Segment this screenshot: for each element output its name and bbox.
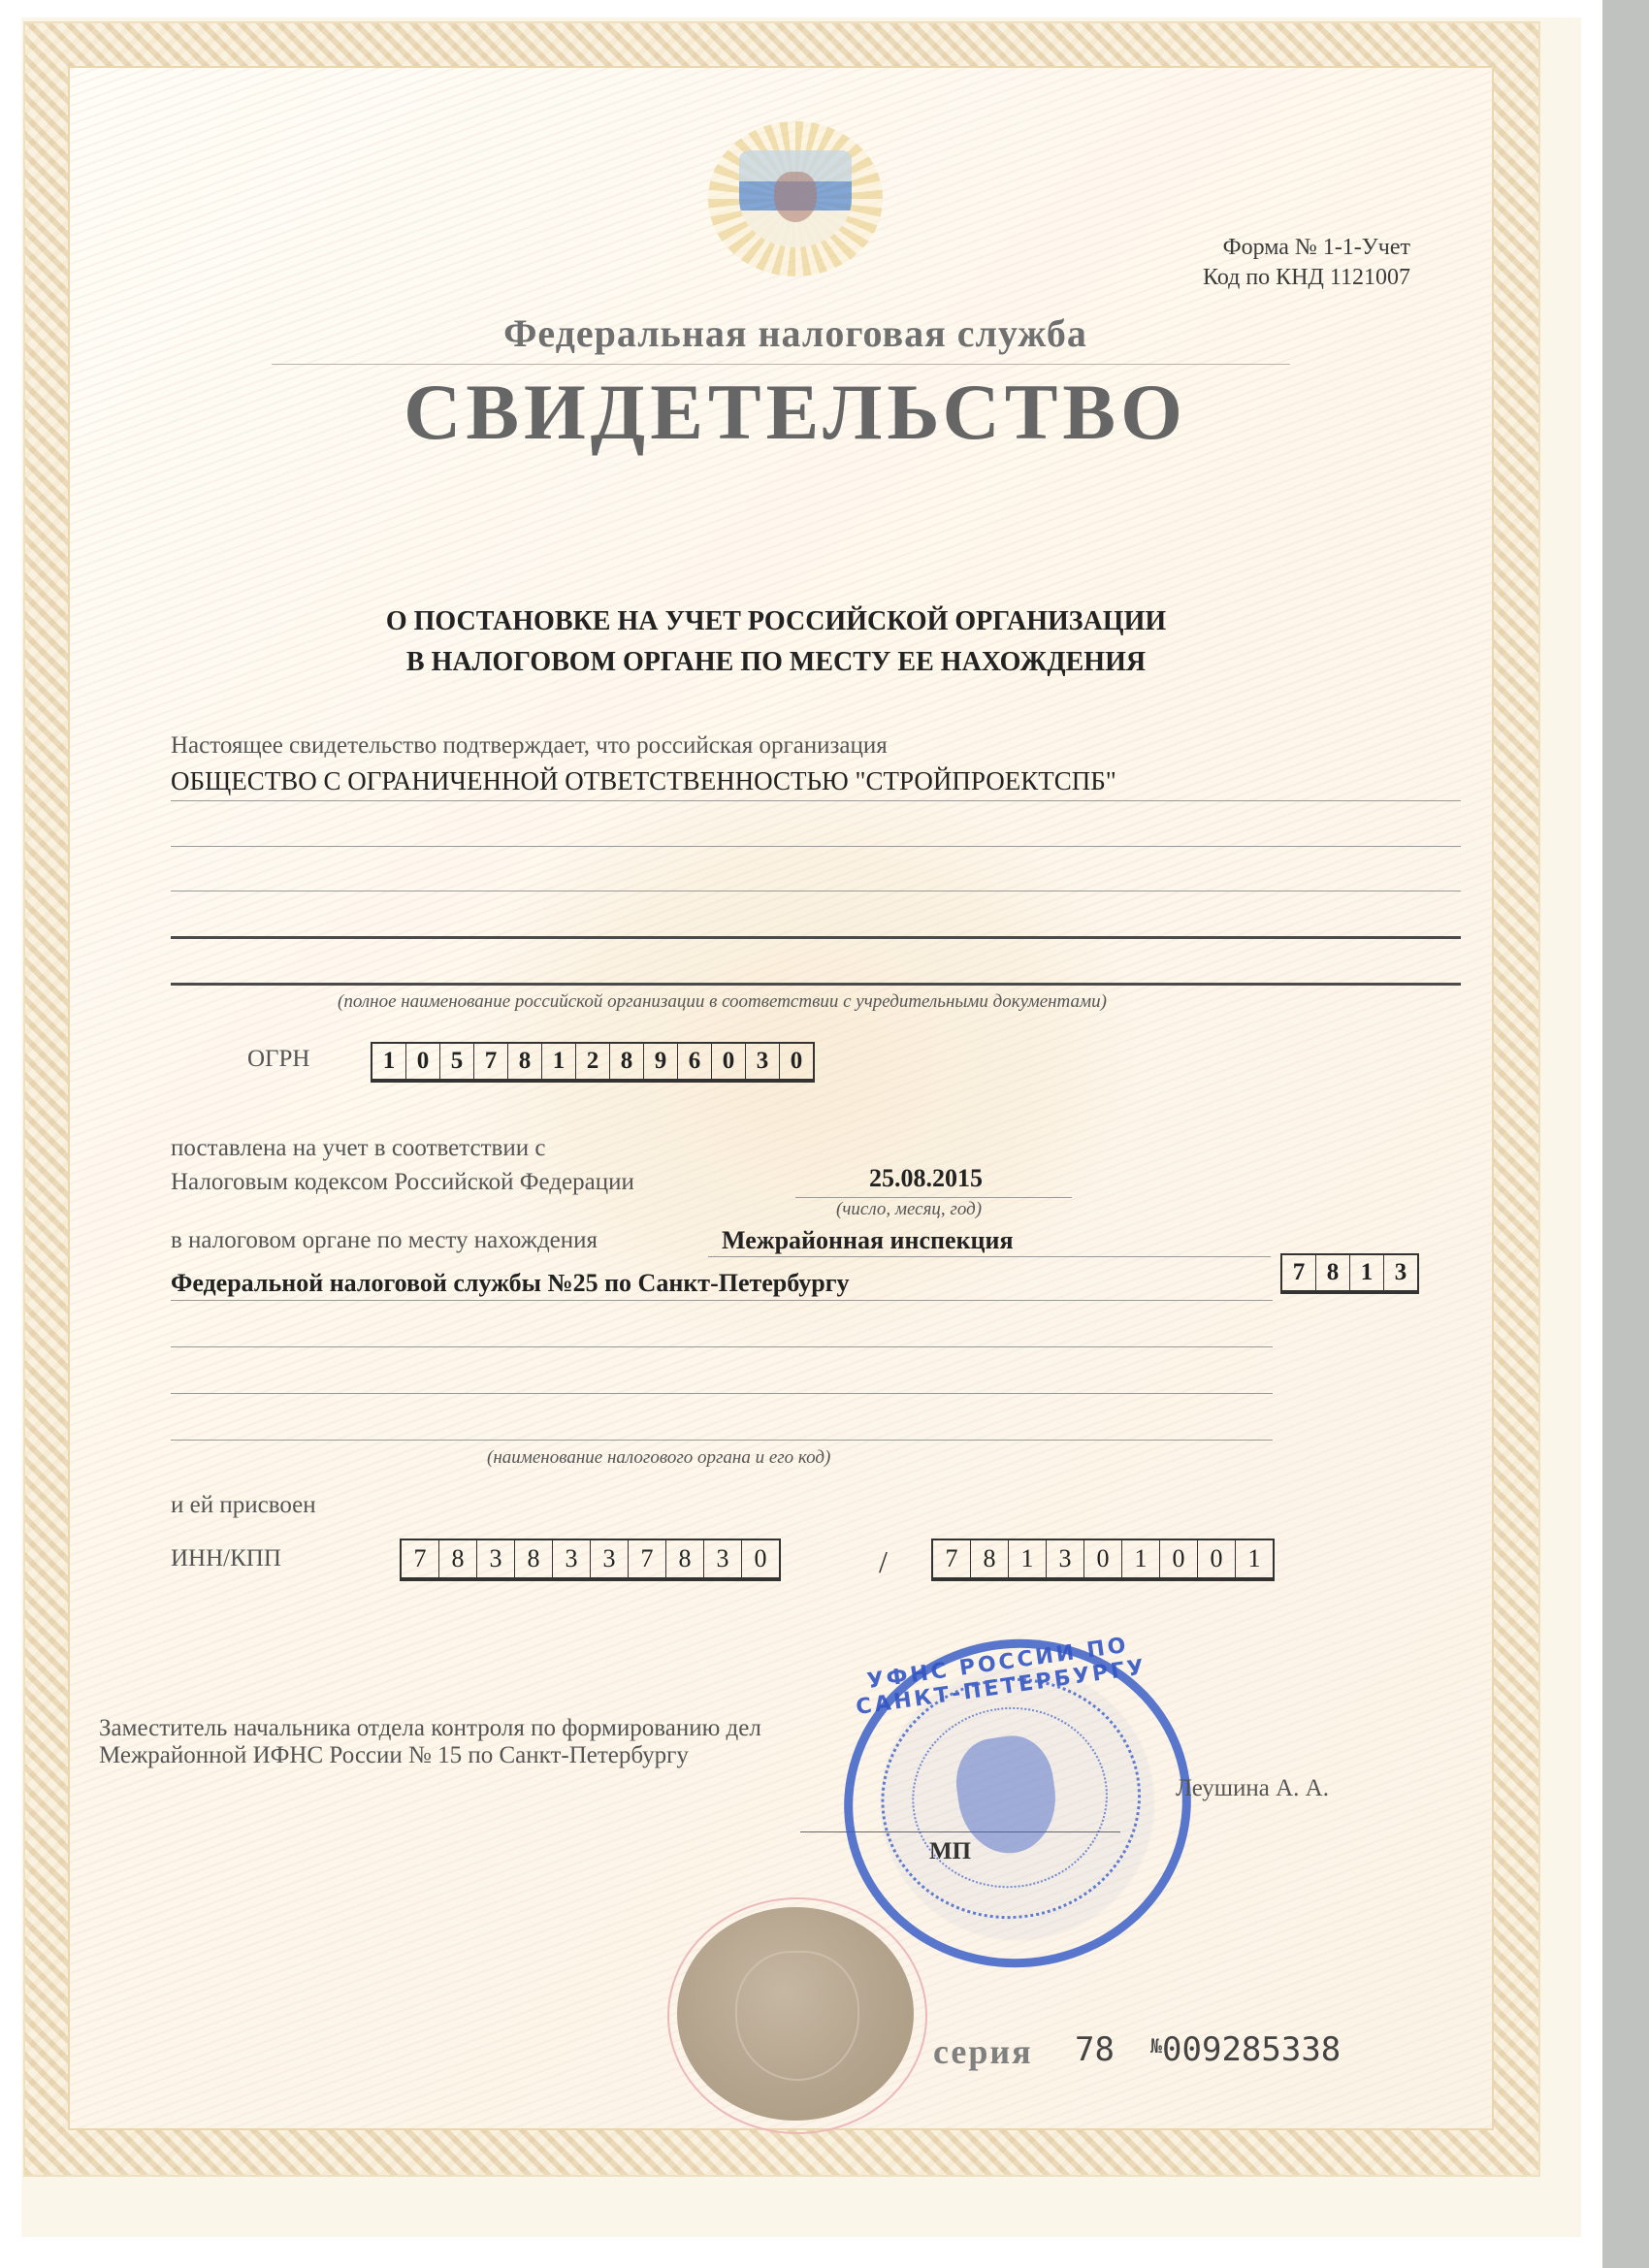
registration-line-1: поставлена на учет в соответствии с <box>171 1135 545 1162</box>
kpp-digit: 7 <box>933 1540 971 1577</box>
authority-code-digit: 3 <box>1384 1255 1417 1290</box>
kpp-digit: 3 <box>1047 1540 1084 1577</box>
authority-intro: в налоговом органе по месту нахождения <box>171 1227 598 1254</box>
ogrn-digit: 7 <box>474 1044 508 1079</box>
ogrn-digit: 5 <box>440 1044 474 1079</box>
ogrn-digit: 9 <box>644 1044 678 1079</box>
inn-digit: 7 <box>629 1540 666 1577</box>
form-meta: Форма № 1-1-Учет Код по КНД 1121007 <box>1203 233 1410 293</box>
embossed-eagle-icon <box>735 1951 859 2081</box>
inn-digit: 3 <box>704 1540 742 1577</box>
subtitle-line-1: О ПОСТАНОВКЕ НА УЧЕТ РОССИЙСКОЙ ОРГАНИЗА… <box>0 601 1552 642</box>
ogrn-digit-boxes: 1057812896030 <box>371 1042 815 1083</box>
authority-code-digit: 7 <box>1282 1255 1316 1290</box>
authority-line-2 <box>171 1300 1273 1301</box>
inn-digit: 8 <box>439 1540 477 1577</box>
authority-name-line-1: Межрайонная инспекция <box>722 1226 1014 1255</box>
inn-kpp-separator: / <box>879 1544 888 1580</box>
serial-number-value: 009285338 <box>1162 2030 1341 2069</box>
inn-digit: 3 <box>477 1540 515 1577</box>
ogrn-digit: 1 <box>372 1044 406 1079</box>
serial-number: №009285338 <box>1150 2030 1341 2069</box>
ogrn-digit: 6 <box>678 1044 712 1079</box>
authority-code-boxes: 7813 <box>1280 1253 1419 1294</box>
inn-digit: 3 <box>553 1540 591 1577</box>
authority-line-1 <box>708 1256 1271 1257</box>
org-line-2 <box>171 846 1461 847</box>
kpp-digit: 0 <box>1198 1540 1236 1577</box>
signer-position: Заместитель начальника отдела контроля п… <box>99 1715 797 1769</box>
authority-line-3 <box>171 1346 1273 1347</box>
org-line-4 <box>171 936 1461 939</box>
inn-digit: 8 <box>666 1540 704 1577</box>
kpp-digit: 8 <box>971 1540 1009 1577</box>
inn-digit: 8 <box>515 1540 553 1577</box>
ogrn-digit: 8 <box>610 1044 644 1079</box>
authority-code-digit: 1 <box>1350 1255 1384 1290</box>
double-headed-eagle-icon <box>774 172 817 222</box>
kpp-digit: 1 <box>1236 1540 1273 1577</box>
seal-place-mark: МП <box>929 1838 971 1865</box>
form-number: Форма № 1-1-Учет <box>1203 233 1410 263</box>
series-label: серия <box>933 2031 1033 2072</box>
authority-name-line-2: Федеральной налоговой службы №25 по Санк… <box>171 1269 850 1298</box>
org-line-3 <box>171 891 1461 891</box>
ogrn-label: ОГРН <box>247 1046 309 1073</box>
ogrn-digit: 2 <box>576 1044 610 1079</box>
org-line-1 <box>171 800 1461 801</box>
agency-name: Федеральная налоговая служба <box>0 310 1591 356</box>
kpp-digit: 1 <box>1122 1540 1160 1577</box>
series-value: 78 <box>1075 2030 1115 2069</box>
registration-line-2: Налоговым кодексом Российской Федерации <box>171 1169 634 1196</box>
authority-line-5 <box>171 1440 1273 1441</box>
ogrn-digit: 3 <box>746 1044 780 1079</box>
ogrn-digit: 0 <box>780 1044 813 1079</box>
document-title: СВИДЕТЕЛЬСТВО <box>0 367 1591 458</box>
kpp-digit: 0 <box>1160 1540 1198 1577</box>
signer-name: Леушина А. А. <box>1176 1775 1329 1802</box>
date-caption: (число, месяц, год) <box>836 1199 982 1220</box>
inn-digit: 7 <box>402 1540 439 1577</box>
knd-code: Код по КНД 1121007 <box>1203 263 1410 293</box>
ogrn-digit: 1 <box>542 1044 576 1079</box>
hologram-emblem-icon <box>708 121 883 276</box>
inn-digit-boxes: 7838337830 <box>400 1539 781 1581</box>
emblem-shield <box>739 150 852 247</box>
inn-kpp-label: ИНН/КПП <box>171 1545 281 1572</box>
ogrn-digit: 0 <box>406 1044 440 1079</box>
document-subtitle: О ПОСТАНОВКЕ НА УЧЕТ РОССИЙСКОЙ ОРГАНИЗА… <box>0 601 1552 683</box>
agency-divider <box>272 364 1290 365</box>
inn-digit: 3 <box>591 1540 629 1577</box>
number-sign: № <box>1150 2034 1162 2057</box>
org-intro: Настоящее свидетельство подтверждает, чт… <box>171 732 888 760</box>
ogrn-digit: 8 <box>508 1044 542 1079</box>
org-name: ОБЩЕСТВО С ОГРАНИЧЕННОЙ ОТВЕТСТВЕННОСТЬЮ… <box>171 766 1116 796</box>
subtitle-line-2: В НАЛОГОВОМ ОРГАНЕ ПО МЕСТУ ЕЕ НАХОЖДЕНИ… <box>0 642 1552 683</box>
gold-seal-icon <box>677 1907 914 2121</box>
authority-code-digit: 8 <box>1316 1255 1350 1290</box>
scanner-edge-strip <box>1602 0 1649 2268</box>
ogrn-digit: 0 <box>712 1044 746 1079</box>
inn-digit: 0 <box>742 1540 779 1577</box>
kpp-digit: 0 <box>1084 1540 1122 1577</box>
org-line-5 <box>171 983 1461 986</box>
authority-caption: (наименование налогового органа и его ко… <box>487 1447 830 1469</box>
authority-line-4 <box>171 1393 1273 1394</box>
registration-date: 25.08.2015 <box>869 1164 983 1193</box>
kpp-digit: 1 <box>1009 1540 1047 1577</box>
date-line <box>795 1197 1072 1198</box>
assignment-intro: и ей присвоен <box>171 1492 316 1519</box>
kpp-digit-boxes: 781301001 <box>931 1539 1275 1581</box>
org-caption: (полное наименование российской организа… <box>338 991 1107 1013</box>
